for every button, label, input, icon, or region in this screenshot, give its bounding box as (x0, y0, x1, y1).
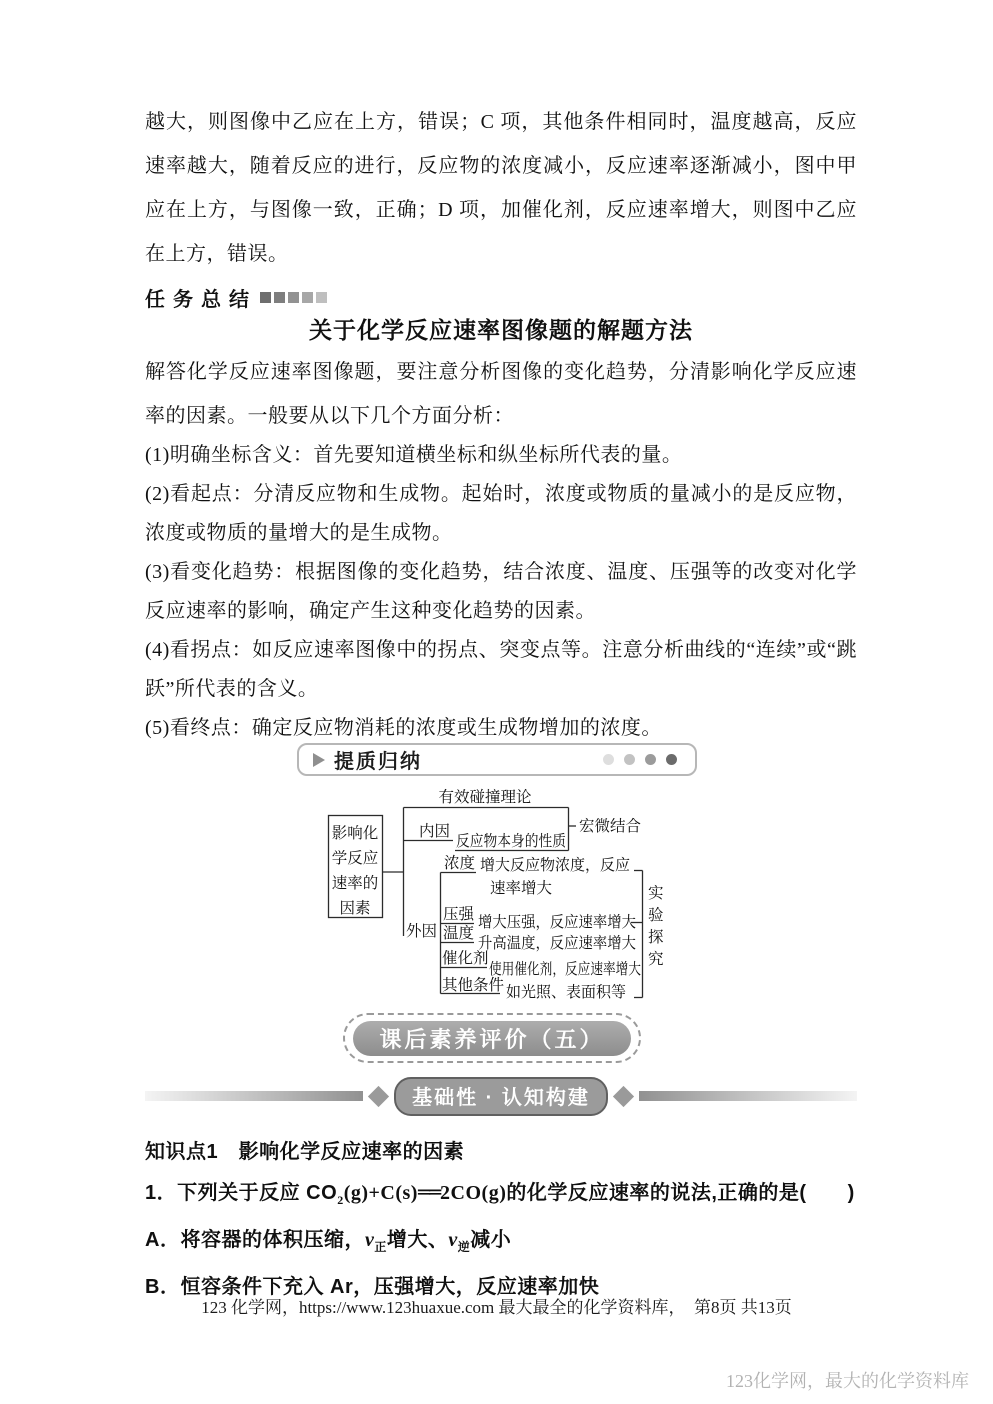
banner-bar-left (145, 1091, 363, 1101)
knowledge-point-title: 知识点1 影响化学反应速率的因素 (145, 1132, 857, 1172)
map-root-line: 学反应 (332, 849, 379, 867)
option-a: A．将容器的体积压缩，v正增大、v逆减小 (145, 1220, 857, 1267)
banner-bar-right (639, 1091, 857, 1101)
map-root-line: 因素 (339, 899, 370, 917)
method-title: 关于化学反应速率图像题的解题方法 (145, 312, 857, 345)
rate-subscript: 逆 (458, 1240, 471, 1254)
formula-reactants: (g)+C(s) (344, 1182, 418, 1204)
watermark: 123化学网，最大的化学资料库 (726, 1367, 969, 1393)
question-number: 1． (145, 1182, 177, 1204)
task-square (260, 292, 271, 303)
summary-panel-title: 提质归纳 (334, 745, 422, 774)
option-text: 减小 (470, 1229, 511, 1251)
map-factor-desc: 如光照、表面积等 (506, 982, 626, 1001)
map-internal-label: 内因 (419, 822, 450, 840)
question-section: 知识点1 影响化学反应速率的因素 1．下列关于反应 CO2(g)+C(s)══2… (145, 1132, 857, 1307)
question-1: 1．下列关于反应 CO2(g)+C(s)══2CO(g)的化学反应速率的说法,正… (145, 1172, 857, 1220)
map-external-note-char: 探 (648, 928, 664, 946)
map-factor-name: 压强 (443, 905, 475, 923)
method-point: (1)明确坐标含义：首先要知道横坐标和纵坐标所代表的量。 (145, 436, 857, 475)
option-text: A．将容器的体积压缩， (145, 1229, 365, 1251)
map-factor-name: 其他条件 (442, 976, 504, 994)
map-factor-desc: 速率增大 (490, 879, 553, 897)
map-factor-name: 温度 (443, 924, 474, 942)
question-text: 下列关于反应 CO (177, 1182, 337, 1204)
task-square (302, 292, 313, 303)
map-internal-desc: 反应物本身的性质 (456, 832, 566, 850)
map-external-note-char: 验 (648, 906, 664, 924)
dot-indicators (603, 754, 677, 765)
evaluation-banner-pill: 课后素养评价（五） (353, 1021, 631, 1056)
map-external-note-char: 实 (648, 884, 664, 902)
map-factor-name: 催化剂 (442, 948, 489, 967)
map-internal-note: 宏微结合 (579, 817, 641, 835)
question-text: 的化学反应速率的说法,正确的是( ) (506, 1182, 854, 1204)
formula-product: 2CO(g) (440, 1182, 506, 1204)
task-summary-label: 任务总结 (145, 283, 257, 312)
method-intro: 解答化学反应速率图像题，要注意分析图像的变化趋势，分清影响化学反应速率的因素。一… (145, 350, 857, 438)
map-factor-desc: 增大压强，反应速率增大 (478, 913, 636, 931)
rate-symbol: v (448, 1229, 457, 1251)
diamond-icon (613, 1085, 634, 1106)
map-external-label: 外因 (406, 922, 437, 940)
map-factor-desc: 升高温度，反应速率增大 (478, 933, 636, 952)
equals-sign: ══ (418, 1180, 440, 1204)
method-point: (3)看变化趋势：根据图像的变化趋势，结合浓度、温度、压强等的改变对化学反应速率… (145, 553, 857, 631)
concept-map: 影响化 学反应 速率的 因素 有效碰撞理论 内因 反应物本身的性质 宏微结合 外… (322, 786, 674, 1014)
map-theory-label: 有效碰撞理论 (438, 788, 531, 806)
section-banner: 基础性 · 认知构建 (145, 1081, 857, 1111)
map-external-note-char: 究 (648, 950, 664, 968)
play-icon (313, 753, 325, 767)
evaluation-banner: 课后素养评价（五） (343, 1013, 641, 1063)
map-factor-desc: 增大反应物浓度，反应 (480, 856, 630, 874)
method-point: (4)看拐点：如反应速率图像中的拐点、突变点等。注意分析曲线的“连续”或“跳跃”… (145, 631, 857, 709)
dot-indicator (603, 754, 614, 765)
dot-indicator (666, 754, 677, 765)
diamond-icon (368, 1085, 389, 1106)
rate-symbol: v (365, 1229, 374, 1251)
map-factor-name: 浓度 (444, 854, 475, 872)
footer-line: 123 化学网，https://www.123huaxue.com 最大最全的化… (0, 1293, 993, 1318)
method-point: (2)看起点：分清反应物和生成物。起始时，浓度或物质的量减小的是反应物，浓度或物… (145, 475, 857, 553)
map-root-line: 速率的 (332, 874, 379, 892)
option-text: 增大、 (387, 1229, 449, 1251)
solution-paragraph: 越大，则图像中乙应在上方，错误；C 项，其他条件相同时，温度越高，反应速率越大，… (145, 100, 857, 276)
dot-indicator (624, 754, 635, 765)
task-square (316, 292, 327, 303)
document-page: 越大，则图像中乙应在上方，错误；C 项，其他条件相同时，温度越高，反应速率越大，… (0, 0, 993, 1404)
map-root-line: 影响化 (332, 824, 379, 842)
task-summary-row: 任务总结 (145, 283, 857, 312)
method-points: (1)明确坐标含义：首先要知道横坐标和纵坐标所代表的量。 (2)看起点：分清反应… (145, 436, 857, 748)
section-badge: 基础性 · 认知构建 (394, 1077, 608, 1116)
map-factor-desc: 使用催化剂，反应速率增大 (489, 959, 641, 978)
summary-panel-header: 提质归纳 (297, 743, 697, 776)
task-square (274, 292, 285, 303)
dot-indicator (645, 754, 656, 765)
rate-subscript: 正 (374, 1240, 387, 1254)
task-square (288, 292, 299, 303)
